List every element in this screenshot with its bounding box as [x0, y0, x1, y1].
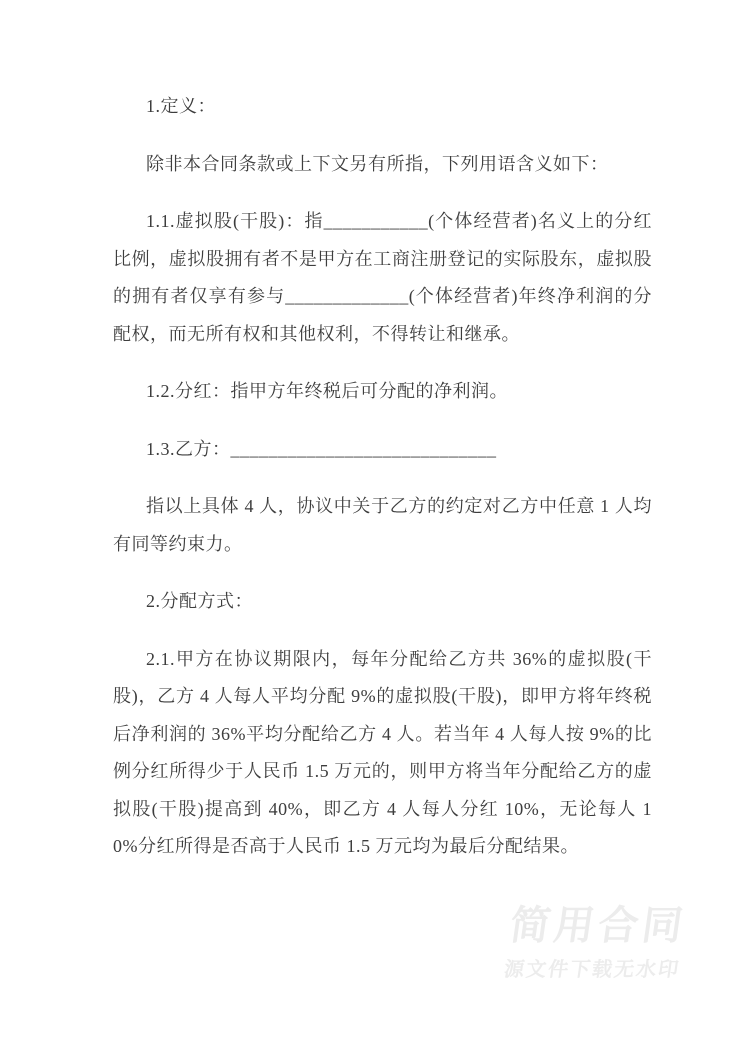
- clause-1-2: 1.2.分红：指甲方年终税后可分配的净利润。: [113, 373, 652, 411]
- contract-body: 1.定义： 除非本合同条款或上下文另有所指，下列用语含义如下： 1.1.虚拟股(…: [0, 0, 742, 866]
- section-1-intro: 除非本合同条款或上下文另有所指，下列用语含义如下：: [113, 146, 652, 184]
- clause-1-3: 1.3.乙方：____________________________: [113, 431, 652, 469]
- section-1-heading: 1.定义：: [113, 88, 652, 126]
- section-2-heading: 2.分配方式：: [113, 583, 652, 621]
- clause-1-3-note: 指以上具体 4 人，协议中关于乙方的约定对乙方中任意 1 人均有同等约束力。: [113, 488, 652, 563]
- watermark: 简用合同 源文件下载无水印: [502, 902, 689, 982]
- clause-1-1: 1.1.虚拟股(干股)：指___________(个体经营者)名义上的分红比例，…: [113, 203, 652, 353]
- document-page: 1.定义： 除非本合同条款或上下文另有所指，下列用语含义如下： 1.1.虚拟股(…: [0, 0, 742, 1049]
- watermark-title: 简用合同: [507, 902, 690, 950]
- watermark-subtitle: 源文件下载无水印: [502, 958, 681, 982]
- clause-2-1: 2.1.甲方在协议期限内，每年分配给乙方共 36%的虚拟股(干股)，乙方 4 人…: [113, 641, 652, 866]
